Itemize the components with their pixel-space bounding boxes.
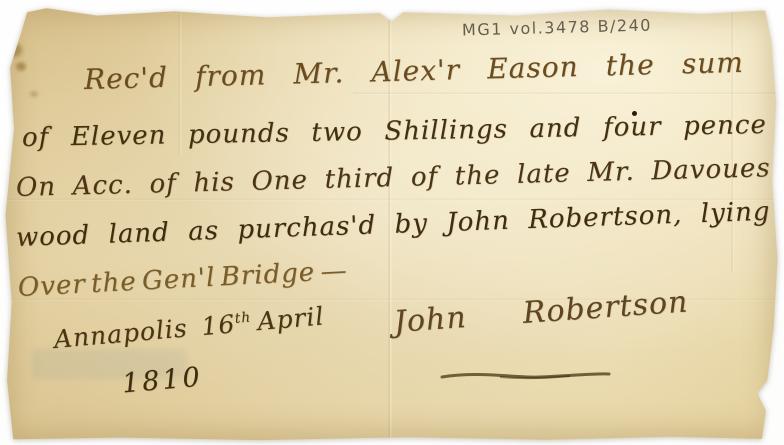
receipt-line: woodlandaspurchas'dbyJohnRobertson,lying <box>15 197 771 253</box>
signature-flourish <box>440 367 612 386</box>
handwritten-word: by <box>394 209 428 240</box>
handwritten-word: sum <box>681 46 744 81</box>
archival-reference: MG1 vol.3478 B/240 <box>462 16 652 40</box>
handwritten-word: Bridge <box>220 257 316 292</box>
paper-stain <box>16 62 26 71</box>
handwritten-word: Eleven <box>71 120 167 152</box>
handwritten-word: Mr. <box>293 56 345 90</box>
handwritten-word: from <box>195 58 267 93</box>
handwritten-word: pence <box>683 110 767 141</box>
handwritten-word: of <box>410 162 438 193</box>
handwritten-word: Robertson <box>522 284 690 330</box>
handwritten-word: the <box>90 267 137 299</box>
handwritten-word: Gen'l <box>141 263 216 297</box>
handwritten-word: Robertson, <box>528 200 683 235</box>
handwritten-word: — <box>320 256 349 287</box>
paper-stain <box>4 19 13 27</box>
handwritten-word: Eason <box>487 50 579 85</box>
handwritten-word: lying <box>700 197 771 229</box>
handwritten-word: Acc. <box>72 170 133 202</box>
fold-crease-horizontal-upper <box>353 92 779 95</box>
receipt-paper: MG1 vol.3478 B/240 Rec'dfromMr.Alex'rEas… <box>4 7 779 441</box>
scanned-document: MG1 vol.3478 B/240 Rec'dfromMr.Alex'rEas… <box>0 0 784 445</box>
handwritten-word: late <box>517 158 571 189</box>
date-month: April <box>256 301 325 336</box>
handwritten-word: and <box>529 113 581 144</box>
signature: JohnRobertson <box>393 284 690 339</box>
handwritten-word: of <box>149 169 177 200</box>
handwritten-word: Over <box>17 269 86 303</box>
handwritten-word: pounds <box>188 118 290 150</box>
handwritten-word: the <box>454 160 500 191</box>
handwritten-word: Mr. <box>587 157 635 188</box>
place-date-line: Annapolis16thApril <box>53 301 326 354</box>
handwritten-word: Alex'r <box>371 53 460 88</box>
receipt-line: OnAcc.ofhisOnethirdofthelateMr.Davoues <box>16 153 772 203</box>
handwritten-word: third <box>324 163 394 195</box>
ink-dot <box>632 111 637 116</box>
paper-shadow-wrap: MG1 vol.3478 B/240 Rec'dfromMr.Alex'rEas… <box>0 0 784 445</box>
receipt-line: OvertheGen'lBridge— <box>17 256 348 303</box>
handwritten-word: On <box>16 172 57 203</box>
handwritten-word: as <box>188 216 220 247</box>
handwritten-word: One <box>251 165 308 196</box>
handwritten-word: Shillings <box>384 115 508 147</box>
place-name: Annapolis <box>53 313 189 354</box>
date-ordinal-suffix: th <box>234 309 252 326</box>
handwritten-word: land <box>108 218 170 250</box>
handwritten-word: John <box>446 206 511 238</box>
paper-stain <box>6 43 22 57</box>
handwritten-word: purchas'd <box>237 210 377 245</box>
date-day: 16 <box>200 309 236 341</box>
handwritten-word: the <box>605 48 655 82</box>
handwritten-word: two <box>311 117 363 148</box>
paper-stain <box>30 91 38 97</box>
handwritten-word: of <box>22 123 50 153</box>
receipt-line: Rec'dfromMr.Alex'rEasonthesum <box>84 46 745 96</box>
date-year: 1810 <box>121 362 204 400</box>
handwritten-word: John <box>393 300 468 340</box>
handwritten-word: Rec'd <box>84 61 169 96</box>
receipt-line: ofElevenpoundstwoShillingsandfourpence <box>22 110 767 153</box>
handwritten-word: four <box>603 112 662 143</box>
handwritten-word: Davoues <box>651 153 771 186</box>
handwritten-word: his <box>193 167 235 198</box>
handwritten-word: wood <box>15 220 90 253</box>
